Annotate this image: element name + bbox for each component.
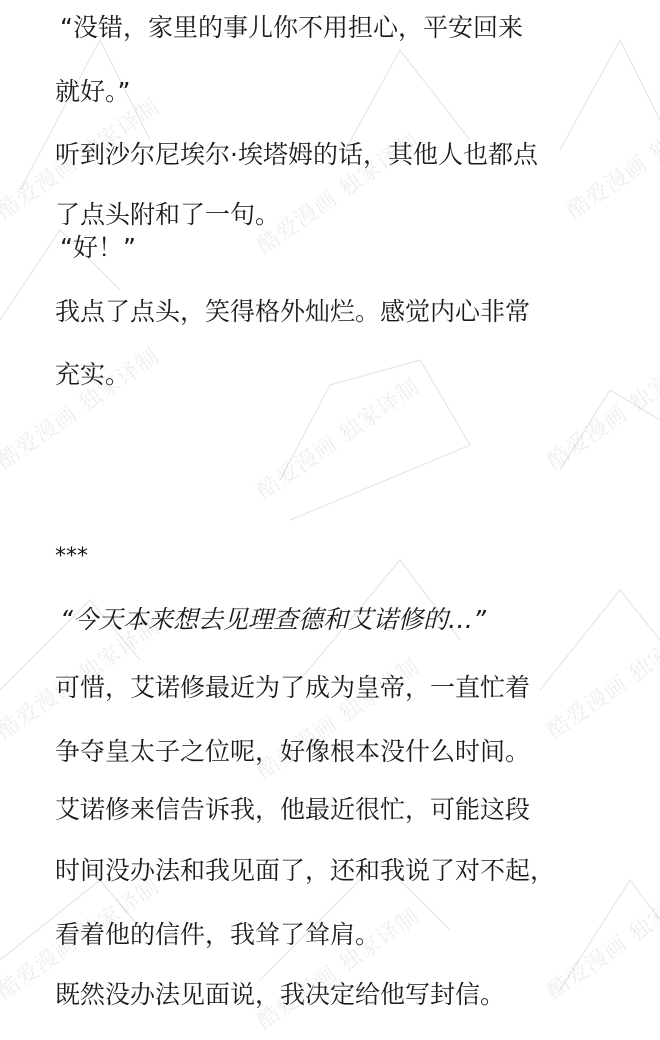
narration-line: 时间没办法和我见面了，还和我说了对不起，	[55, 856, 555, 886]
narration-line: 艾诺修来信告诉我，他最近很忙，可能这段	[55, 795, 530, 825]
thought-line: “今天本来想去见理查德和艾诺修的…”	[60, 605, 486, 635]
dialogue-line: 就好。”	[55, 77, 130, 107]
narration-line: 充实。	[55, 360, 130, 390]
narration-line: 听到沙尔尼埃尔·埃塔姆的话，其他人也都点	[55, 140, 538, 170]
narration-line: 既然没办法见面说，我决定给他写封信。	[55, 980, 505, 1010]
narration-line: 了点头附和了一句。	[55, 200, 280, 230]
narration-line: 争夺皇太子之位呢，好像根本没什么时间。	[55, 737, 530, 767]
dialogue-line: “好！”	[60, 233, 136, 263]
story-text: “没错，家里的事儿你不用担心，平安回来 就好。” 听到沙尔尼埃尔·埃塔姆的话，其…	[0, 0, 660, 1040]
narration-line: 看着他的信件，我耸了耸肩。	[55, 920, 380, 950]
narration-line: 可惜，艾诺修最近为了成为皇帝，一直忙着	[55, 673, 530, 703]
section-divider: ***	[55, 542, 88, 572]
dialogue-line: “没错，家里的事儿你不用担心，平安回来	[60, 13, 523, 43]
narration-line: 我点了点头，笑得格外灿烂。感觉内心非常	[55, 297, 530, 327]
